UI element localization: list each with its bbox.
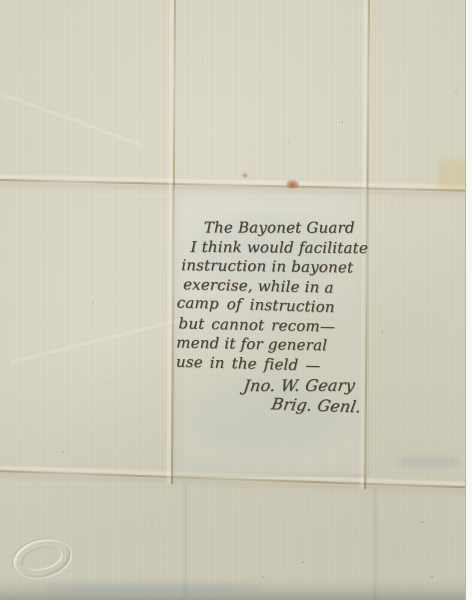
signature: Jno. W. Geary — [242, 376, 375, 396]
scan-bottom-shadow — [0, 578, 472, 600]
rust-stain — [242, 173, 248, 178]
letter-scan: The Bayonet Guard I think would facilita… — [0, 0, 472, 600]
gray-smudge — [398, 456, 460, 468]
scanner-edge-strip — [465, 0, 472, 600]
rust-stain — [286, 180, 299, 189]
embossed-seal-inner-ring — [19, 542, 65, 574]
handwriting-block: The Bayonet Guard I think would facilita… — [173, 217, 376, 416]
foxing-speckles — [0, 0, 2, 2]
handwriting-line: The Bayonet Guard — [204, 218, 376, 238]
signature-rank: Brig. Genl. — [270, 394, 375, 417]
handwriting-line: I think would facilitate — [191, 237, 376, 258]
yellow-residue-stain — [438, 160, 466, 190]
